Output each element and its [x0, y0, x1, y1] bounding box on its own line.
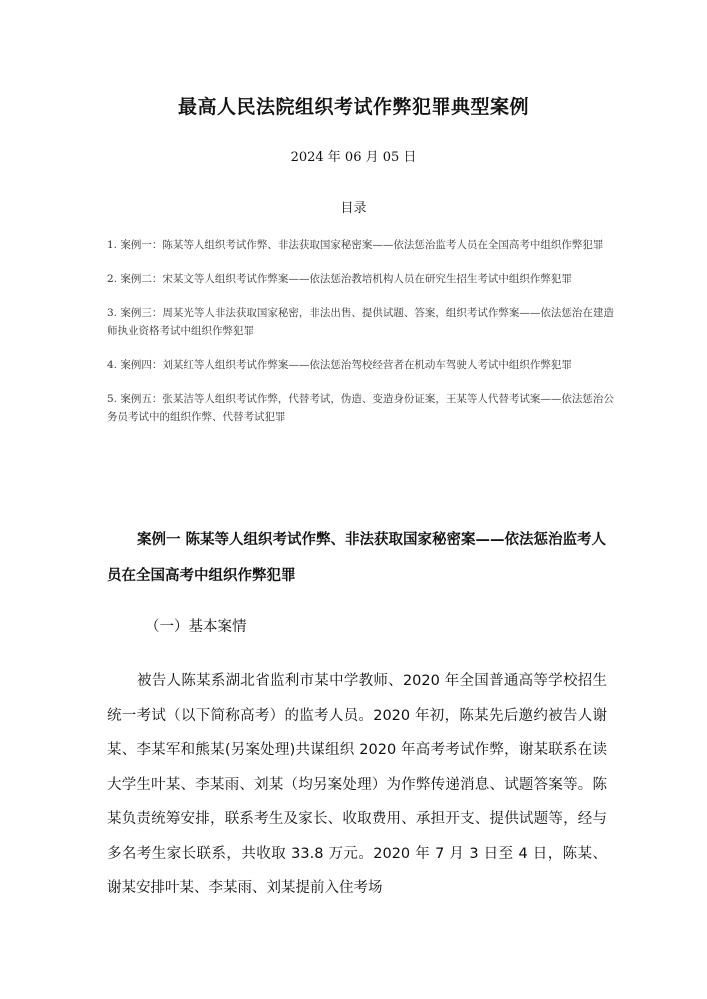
case-1-paragraph: 被告人陈某系湖北省监利市某中学教师、2020 年全国普通高等学校招生统一考试（以…: [107, 664, 607, 906]
document-page: 最高人民法院组织考试作弊犯罪典型案例 2024 年 06 月 05 日 目录 1…: [0, 0, 707, 999]
case-1-heading: 案例一 陈某等人组织考试作弊、非法获取国家秘密案——依法惩治监考人员在全国高考中…: [107, 522, 607, 594]
table-of-contents: 1. 案例一：陈某等人组织考试作弊、非法获取国家秘密案——依法惩治监考人员在全国…: [107, 236, 615, 442]
toc-item-1[interactable]: 1. 案例一：陈某等人组织考试作弊、非法获取国家秘密案——依法惩治监考人员在全国…: [107, 236, 615, 254]
toc-heading: 目录: [0, 197, 707, 216]
toc-item-3[interactable]: 3. 案例三：周某光等人非法获取国家秘密，非法出售、提供试题、答案，组织考试作弊…: [107, 304, 615, 340]
toc-item-5[interactable]: 5. 案例五：张某洁等人组织考试作弊，代替考试，伪造、变造身份证案，王某等人代替…: [107, 390, 615, 426]
publish-date: 2024 年 06 月 05 日: [0, 146, 707, 165]
document-title: 最高人民法院组织考试作弊犯罪典型案例: [0, 92, 707, 119]
toc-item-2[interactable]: 2. 案例二：宋某文等人组织考试作弊案——依法惩治教培机构人员在研究生招生考试中…: [107, 270, 615, 288]
toc-item-4[interactable]: 4. 案例四：刘某红等人组织考试作弊案——依法惩治驾校经营者在机动车驾驶人考试中…: [107, 356, 615, 374]
case-1-subheading: （一）基本案情: [145, 615, 247, 636]
